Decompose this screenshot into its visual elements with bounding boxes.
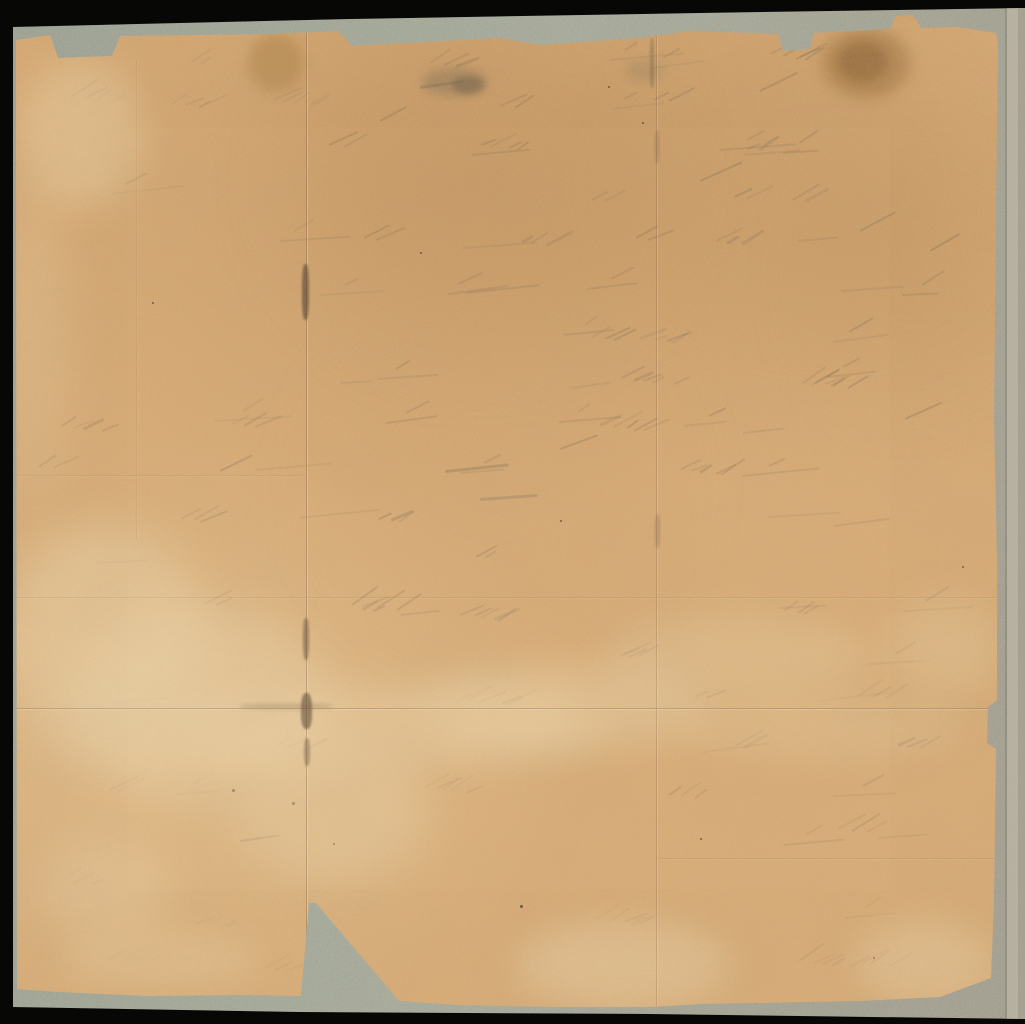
fold-ink-blot — [655, 514, 660, 548]
fold-line-vertical — [136, 60, 137, 540]
fold-line-horizontal — [16, 597, 997, 598]
fold-ink-blot — [240, 704, 332, 709]
fold-line-horizontal — [16, 475, 305, 476]
fold-ink-blot — [304, 738, 310, 766]
fold-ink-blot — [650, 38, 654, 88]
fold-line-horizontal — [16, 708, 997, 709]
backing-band — [1018, 0, 1025, 1024]
fold-highlight-vertical — [137, 60, 138, 540]
fold-ink-blot — [303, 618, 309, 660]
fold-highlight-vertical — [657, 31, 658, 1006]
fold-line-vertical — [306, 33, 307, 999]
scanned-letter-photo — [0, 0, 1025, 1024]
fold-line-horizontal — [660, 858, 995, 859]
fold-line-vertical — [656, 31, 657, 1006]
fold-highlight-horizontal — [16, 709, 997, 710]
fold-ink-blot — [302, 264, 309, 320]
fold-ink-blot — [301, 693, 312, 729]
fold-highlight-horizontal — [660, 859, 995, 860]
fold-crease-layer — [0, 0, 1025, 1024]
fold-highlight-horizontal — [16, 598, 997, 599]
backing-band — [1007, 0, 1018, 1024]
manuscript-paper — [0, 0, 1025, 1024]
fold-ink-blot — [655, 130, 659, 164]
fold-highlight-vertical — [307, 33, 308, 999]
fold-highlight-horizontal — [16, 476, 305, 477]
